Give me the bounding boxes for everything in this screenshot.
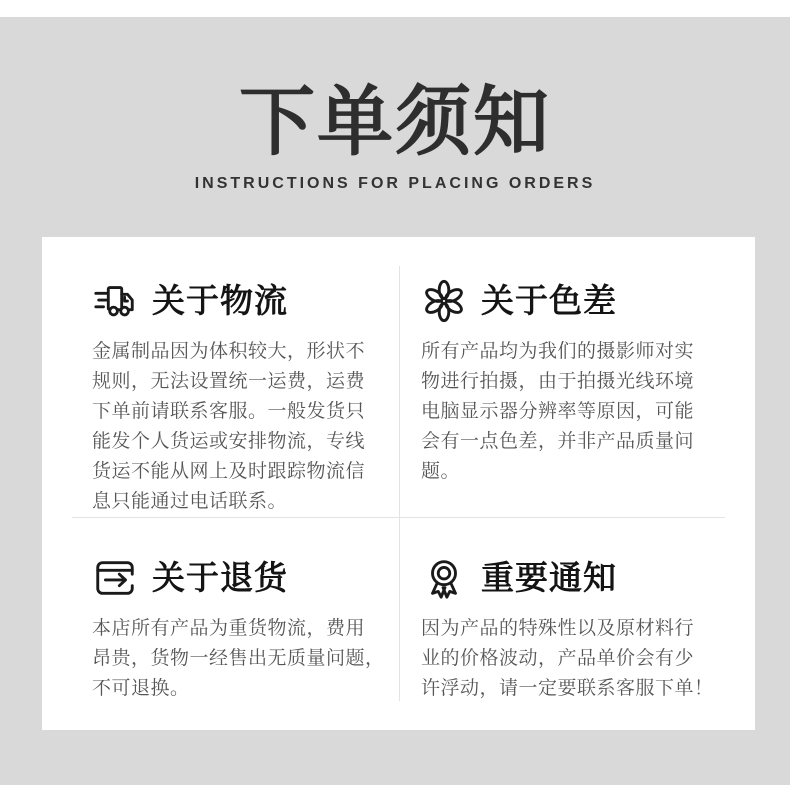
body-line: 电脑显示器分辨率等原因，可能 [421, 397, 755, 427]
body-line: 规则，无法设置统一运费，运费 [92, 367, 398, 397]
body-line: 货运不能从网上及时跟踪物流信 [92, 457, 398, 487]
page-header: 下单须知 INSTRUCTIONS FOR PLACING ORDERS [0, 83, 790, 193]
body-line: 昂贵，货物一经售出无质量问题， [92, 644, 398, 674]
section-heading: 关于物流 [152, 283, 288, 319]
section-body: 所有产品均为我们的摄影师对实 物进行拍摄，由于拍摄光线环境 电脑显示器分辨率等原… [421, 337, 755, 487]
return-box-icon [92, 555, 138, 601]
section-returns: 关于退货 本店所有产品为重货物流，费用 昂贵，货物一经售出无质量问题， 不可退换… [42, 517, 398, 730]
truck-icon [92, 278, 138, 324]
body-line: 会有一点色差，并非产品质量问 [421, 427, 755, 457]
section-color-difference: 关于色差 所有产品均为我们的摄影师对实 物进行拍摄，由于拍摄光线环境 电脑显示器… [398, 237, 755, 517]
section-heading: 关于退货 [152, 560, 288, 596]
flower-icon [421, 278, 467, 324]
page-title: 下单须知 [0, 83, 790, 163]
section-heading: 关于色差 [481, 283, 617, 319]
body-line: 下单前请联系客服。一般发货只 [92, 397, 398, 427]
section-logistics-header: 关于物流 [92, 278, 398, 324]
body-line: 题。 [421, 457, 755, 487]
body-line: 业的价格波动，产品单价会有少 [421, 644, 755, 674]
notice-card: 关于物流 金属制品因为体积较大，形状不 规则，无法设置统一运费，运费 下单前请联… [42, 237, 755, 730]
section-important-notice-header: 重要通知 [421, 555, 755, 601]
section-returns-header: 关于退货 [92, 555, 398, 601]
section-body: 金属制品因为体积较大，形状不 规则，无法设置统一运费，运费 下单前请联系客服。一… [92, 337, 398, 517]
body-line: 金属制品因为体积较大，形状不 [92, 337, 398, 367]
body-line: 许浮动，请一定要联系客服下单！ [421, 674, 755, 704]
body-line: 不可退换。 [92, 674, 398, 704]
section-logistics: 关于物流 金属制品因为体积较大，形状不 规则，无法设置统一运费，运费 下单前请联… [42, 237, 398, 517]
page: 下单须知 INSTRUCTIONS FOR PLACING ORDERS [0, 0, 790, 789]
section-color-difference-header: 关于色差 [421, 278, 755, 324]
section-body: 因为产品的特殊性以及原材料行 业的价格波动，产品单价会有少 许浮动，请一定要联系… [421, 614, 755, 704]
body-line: 息只能通过电话联系。 [92, 487, 398, 517]
gray-background: 下单须知 INSTRUCTIONS FOR PLACING ORDERS [0, 17, 790, 785]
section-important-notice: 重要通知 因为产品的特殊性以及原材料行 业的价格波动，产品单价会有少 许浮动，请… [398, 517, 755, 730]
body-line: 所有产品均为我们的摄影师对实 [421, 337, 755, 367]
section-heading: 重要通知 [481, 560, 617, 596]
body-line: 能发个人货运或安排物流，专线 [92, 427, 398, 457]
medal-icon [421, 555, 467, 601]
section-body: 本店所有产品为重货物流，费用 昂贵，货物一经售出无质量问题， 不可退换。 [92, 614, 398, 704]
body-line: 本店所有产品为重货物流，费用 [92, 614, 398, 644]
page-subtitle: INSTRUCTIONS FOR PLACING ORDERS [0, 175, 790, 193]
body-line: 因为产品的特殊性以及原材料行 [421, 614, 755, 644]
body-line: 物进行拍摄，由于拍摄光线环境 [421, 367, 755, 397]
